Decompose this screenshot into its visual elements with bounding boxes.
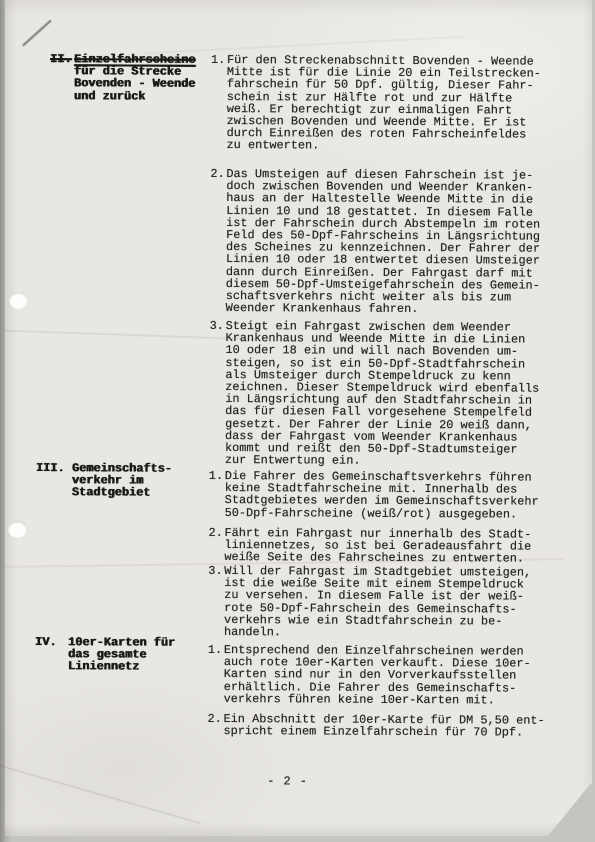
item-number: 1. [208,644,222,656]
item-ii-1: 1. Für den Streckenabschnitt Bovenden - … [227,54,558,153]
item-ii-2: 2. Das Umsteigen auf diesen Fahrschein i… [226,168,557,316]
item-text: Will der Fahrgast im Stadtgebiet umsteig… [224,565,554,640]
item-text: Entsprechend den Einzelfahrscheinen werd… [224,644,554,707]
item-text: Das Umsteigen auf diesen Fahrschein ist … [226,168,557,316]
section-iii-subtitle: verkehr im Stadtgebiet [72,473,151,500]
item-number: 2. [208,527,222,539]
item-text: Für den Streckenabschnitt Bovenden - Wee… [227,54,558,153]
item-iv-2: 2. Ein Abschnitt der 10er-Karte für DM 5… [223,713,553,739]
item-text: Fährt ein Fahrgast nur innerhalb des Sta… [224,527,554,565]
item-number: 1. [209,470,223,482]
item-number: 2. [210,168,224,180]
item-iii-2: 2. Fährt ein Fahrgast nur innerhalb des … [224,527,554,565]
item-text: Steigt ein Fahrgast zwischen dem Weender… [225,320,556,468]
item-iv-1: 1. Entsprechend den Einzelfahrscheinen w… [224,644,554,707]
section-iv-heading: 10er-Karten fürdas gesamte Liniennetz [68,636,175,673]
item-iii-3: 3. Will der Fahrgast im Stadtgebiet umst… [224,565,554,640]
section-iv-subtitle: das gesamte Liniennetz [68,647,147,674]
section-iii-heading: Gemeinschafts-verkehr im Stadtgebiet [72,462,172,499]
section-iv-numeral: IV. [35,636,56,648]
section-ii-heading: Einzelfahrscheinefür die Strecke Bovende… [74,53,196,102]
item-ii-3: 3. Steigt ein Fahrgast zwischen dem Ween… [225,320,556,468]
section-ii-numeral: II. [50,53,71,65]
document-content: II. Einzelfahrscheinefür die Strecke Bov… [1,0,592,838]
page-number: - 2 - [267,775,308,787]
section-ii-subtitle: für die Strecke Bovenden - Weende und zu… [74,64,195,103]
section-iii-numeral: III. [36,462,65,474]
item-text: Die Fahrer des Gemeinschaftsverkehrs füh… [225,470,555,521]
item-iii-1: 1. Die Fahrer des Gemeinschaftsverkehrs … [225,470,555,521]
scanned-document-page: II. Einzelfahrscheinefür die Strecke Bov… [0,0,595,842]
item-number: 3. [210,320,224,332]
item-number: 2. [208,713,222,725]
item-number: 1. [211,54,225,66]
paper-sheet: II. Einzelfahrscheinefür die Strecke Bov… [5,0,592,836]
item-number: 3. [208,565,222,577]
item-text: Ein Abschnitt der 10er-Karte für DM 5,50… [223,713,553,739]
